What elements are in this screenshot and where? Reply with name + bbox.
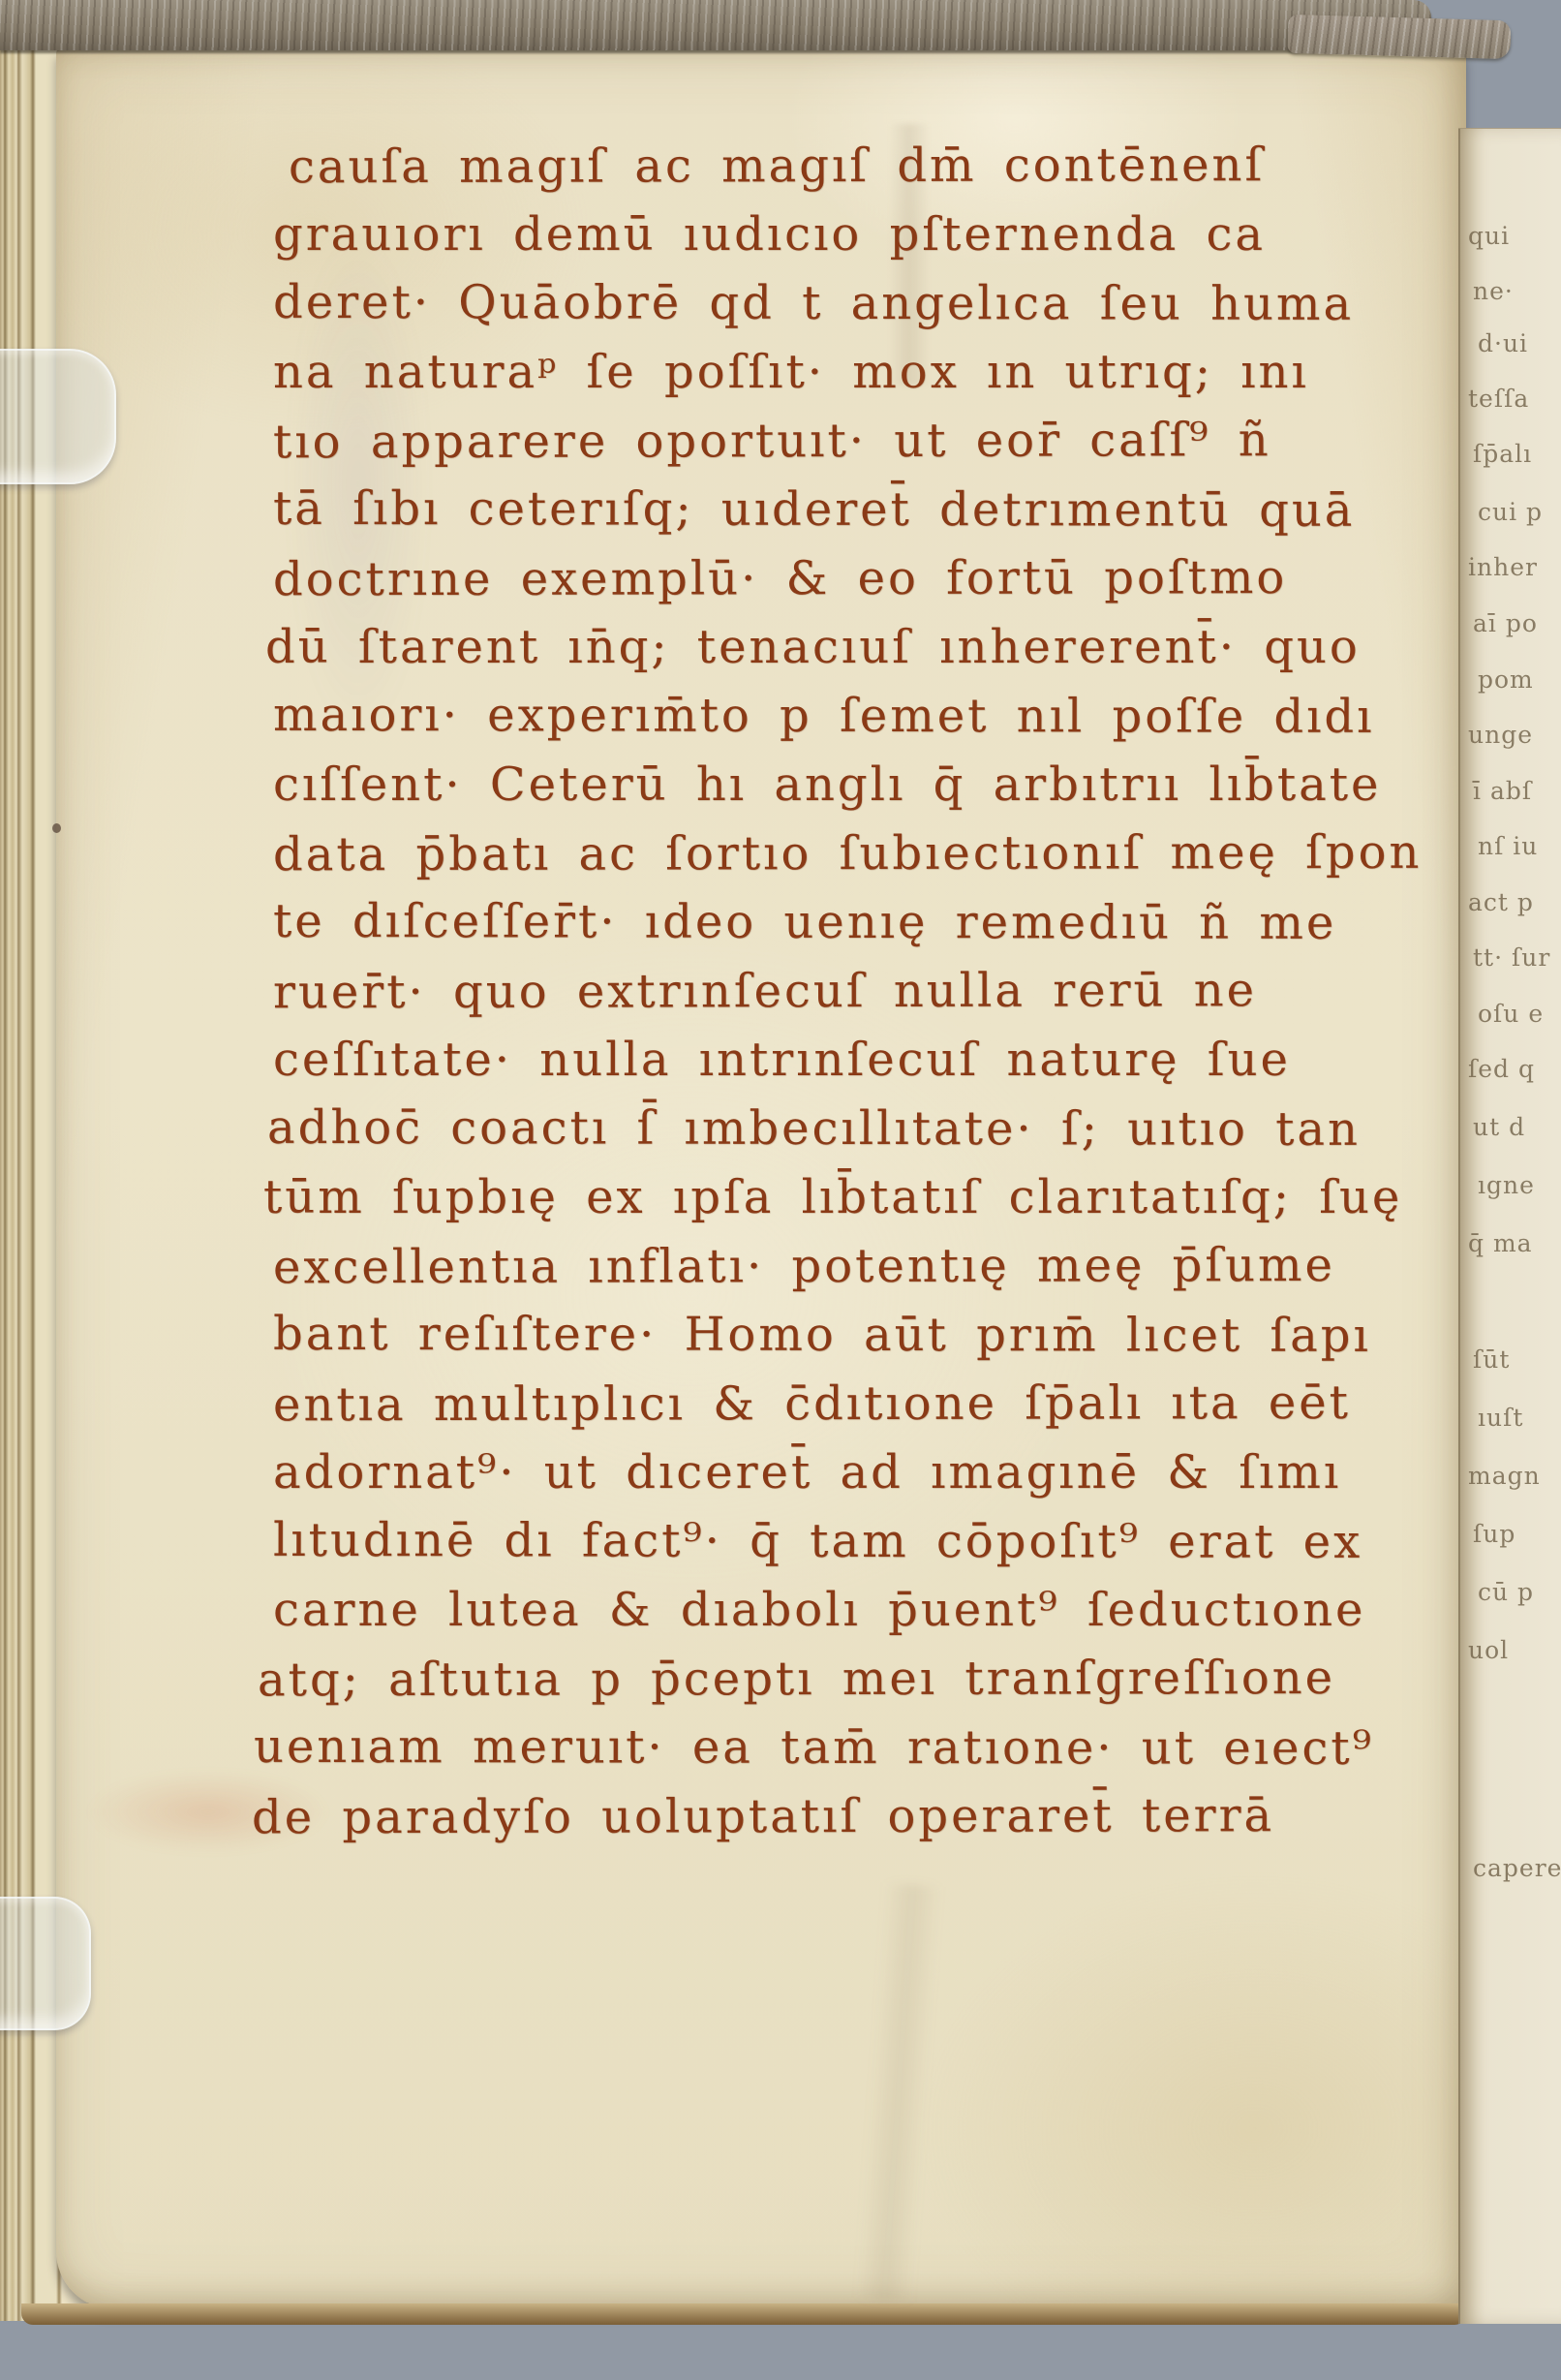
manuscript-line: cauſa magıſ ac magıſ dm̄ contēnenſ: [289, 131, 1480, 202]
manuscript-line: dū ſtarent ın̄q; tenacıuſ ınhererent̄· q…: [265, 613, 1480, 682]
manuscript-line: bant reſıſtere· Homo aūt prım̄ lıcet ſap…: [273, 1300, 1480, 1371]
manuscript-line: te dıſceſſer̄t· ıdeo uenıę remedıū ñ me: [273, 887, 1480, 958]
facing-page-fragment: tt· ſur: [1473, 945, 1550, 970]
torn-parchment-edge: [1287, 15, 1511, 59]
facing-page-fragment: ut d: [1473, 1115, 1525, 1139]
facing-page-fragment: oſu e: [1478, 1002, 1544, 1026]
facing-page-fragment: cū p: [1478, 1580, 1534, 1604]
facing-page-fragment: aī po: [1473, 611, 1538, 635]
manuscript-text-block: cauſa magıſ ac magıſ dm̄ contēnenſgrauıo…: [273, 132, 1480, 1851]
manuscript-line: carne lutea & dıabolı p̄uent⁹ ſeductıone: [273, 1576, 1480, 1645]
manuscript-line: deret· Quāobrē qd t angelıca ſeu huma: [273, 268, 1480, 339]
manuscript-photo: quine·d·uiteſſaſp̄alıcui pinheraī popomu…: [0, 0, 1561, 2380]
manuscript-line: tūm ſupbıę ex ıpſa lıb̄tatıſ clarıtatıſq…: [263, 1163, 1480, 1232]
facing-page-fragment: ī abſ: [1473, 779, 1532, 803]
manuscript-line: data p̄batı ac ſortıo ſubıectıonıſ meę ſ…: [273, 819, 1480, 890]
facing-page-fragment: ıgne: [1478, 1173, 1535, 1197]
manuscript-line: uenıam meruıt· ea tam̄ ratıone· ut eıect…: [254, 1713, 1480, 1783]
facing-page-fragment: d·ui: [1478, 331, 1528, 355]
manuscript-line: doctrıne exemplū· & eo fortū poſtmo: [273, 543, 1480, 615]
book-fore-edge: [21, 2303, 1466, 2325]
manuscript-line: tıo apparere oportuıt· ut eor̄ caſſ⁹ ñ: [273, 406, 1480, 478]
facing-page-fragment: ſp̄alı: [1473, 442, 1532, 466]
manuscript-line: cıſſent· Ceterū hı anglı q̄ arbıtrıı lıb…: [273, 751, 1480, 819]
manuscript-line: de paradyſo uoluptatıſ operaret̄ terrā: [252, 1781, 1480, 1853]
page-clamp-top: [0, 349, 116, 484]
manuscript-line: maıorı· experım̄to p ſemet nıl poſſe dıd…: [273, 681, 1480, 752]
facing-page-fragment: cui p: [1478, 500, 1543, 524]
manuscript-line: ceſſıtate· nulla ıntrınſecuſ naturę ſue: [273, 1026, 1480, 1095]
page-clamp-bottom: [0, 1897, 91, 2030]
manuscript-line: ruer̄t· quo extrınſecuſ nulla rerū ne: [273, 956, 1480, 1028]
manuscript-line: atq; aſtutıa p p̄ceptı meı tranſgreſſıon…: [258, 1644, 1480, 1715]
facing-page-fragment: pom: [1478, 667, 1534, 692]
book-head-edge: [0, 0, 1431, 50]
manuscript-line: adornat⁹· ut dıceret̄ ad ımagınē & ſımı: [273, 1438, 1480, 1507]
facing-page-fragment: capere: [1473, 1856, 1561, 1880]
manuscript-line: adhoc̄ coactı ſ̄ ımbecıllıtate· ſ; uıtıo…: [267, 1094, 1480, 1164]
manuscript-line: excellentıa ınflatı· potentıę meę p̄ſume: [273, 1231, 1480, 1303]
facing-page-fragment: ıuſt: [1478, 1406, 1523, 1430]
manuscript-line: tā ſıbı ceterıſq; uıderet̄ detrımentū qu…: [273, 475, 1480, 545]
manuscript-line: entıa multıplıcı & c̄dıtıone ſp̄alı ıta …: [273, 1369, 1480, 1440]
manuscript-line: lıtudınē dı fact⁹· q̄ tam cōpoſıt⁹ erat …: [273, 1506, 1480, 1577]
manuscript-line: na naturaᵖ ſe poſſıt· mox ın utrıq; ını: [273, 338, 1480, 407]
manuscript-line: grauıorı demū ıudıcıo pſternenda ca: [273, 201, 1480, 269]
facing-page-fragment: nſ iu: [1478, 834, 1538, 858]
